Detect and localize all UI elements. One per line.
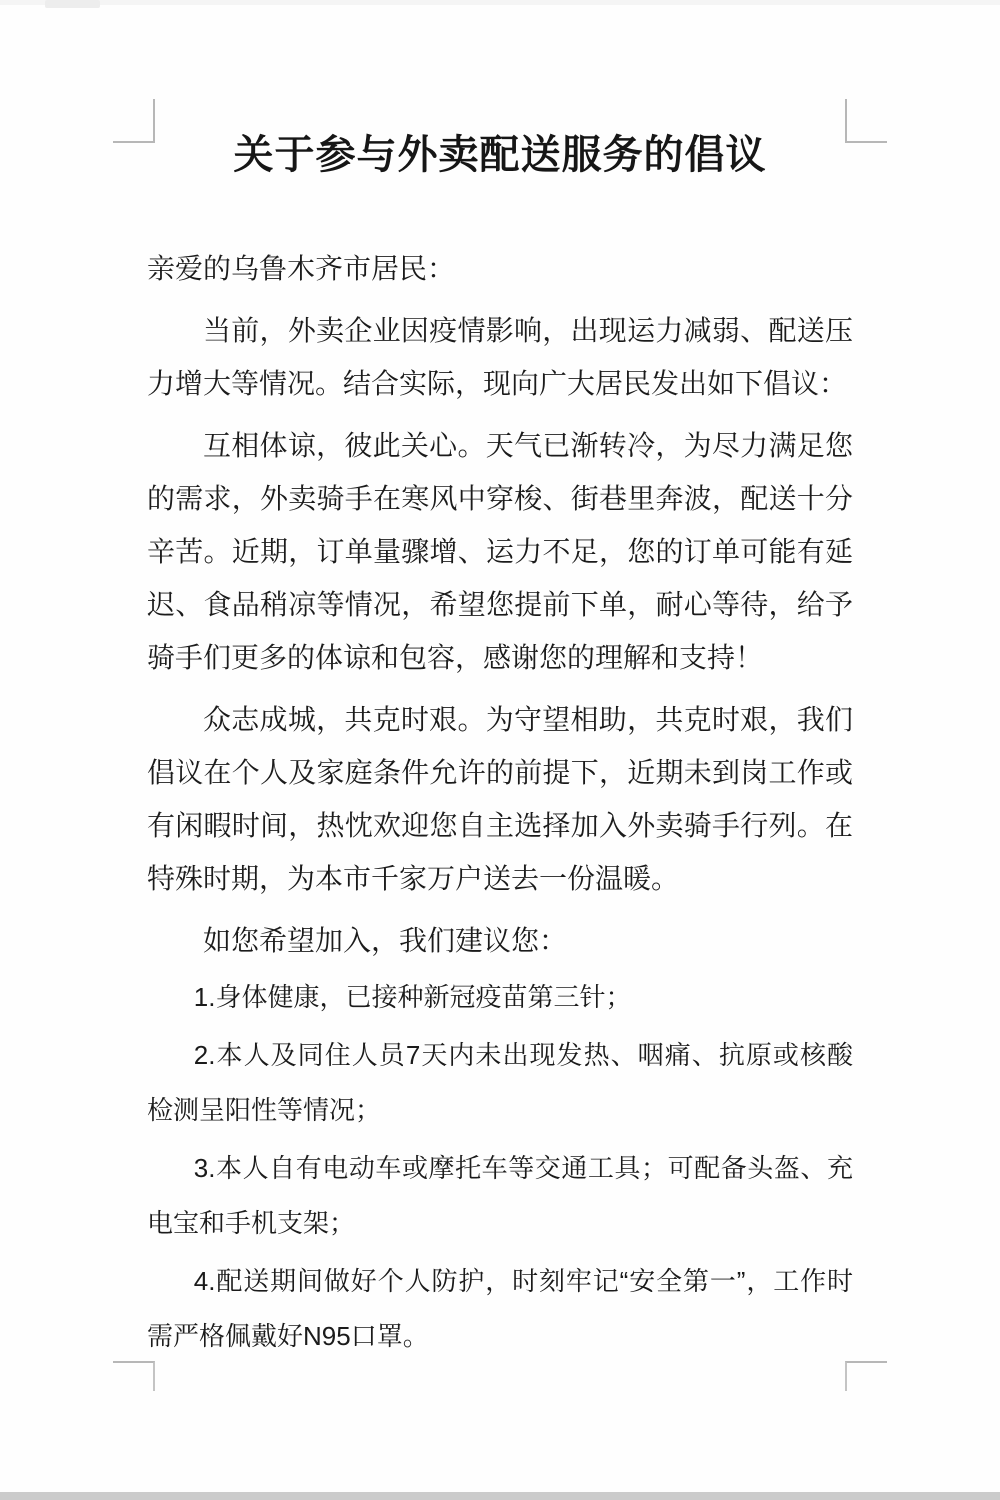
text-boundary-corner-bottom-left [113,1361,155,1391]
salutation-line: 亲爱的乌鲁木齐市居民： [147,242,853,295]
document-title: 关于参与外卖配送服务的倡议 [147,128,853,182]
bottom-edge-bar [0,1492,1000,1500]
top-edge-smudge [45,0,100,8]
paragraph-suggestion-lead: 如您希望加入，我们建议您： [147,914,853,967]
document-body: 关于参与外卖配送服务的倡议 亲爱的乌鲁木齐市居民： 当前，外卖企业因疫情影响，出… [147,0,853,1364]
list-item-3: 3.本人自有电动车或摩托车等交通工具；可配备头盔、充电宝和手机支架； [147,1141,853,1251]
list-item-4: 4.配送期间做好个人防护，时刻牢记“安全第一”，工作时需严格佩戴好N95口罩。 [147,1254,853,1364]
list-item-1: 1.身体健康，已接种新冠疫苗第三针； [147,970,853,1025]
paragraph-intro: 当前，外卖企业因疫情影响，出现运力减弱、配送压力增大等情况。结合实际，现向广大居… [147,304,853,410]
text-boundary-corner-bottom-right [845,1361,887,1391]
paragraph-mutual-understanding: 互相体谅，彼此关心。天气已渐转冷，为尽力满足您的需求，外卖骑手在寒风中穿梭、街巷… [147,419,853,684]
list-item-2: 2.本人及同住人员7天内未出现发热、咽痛、抗原或核酸检测呈阳性等情况； [147,1028,853,1138]
document-page: { "page": { "background_color": "#fefefe… [0,0,1000,1500]
paragraph-join-riders: 众志成城，共克时艰。为守望相助，共克时艰，我们倡议在个人及家庭条件允许的前提下，… [147,693,853,905]
